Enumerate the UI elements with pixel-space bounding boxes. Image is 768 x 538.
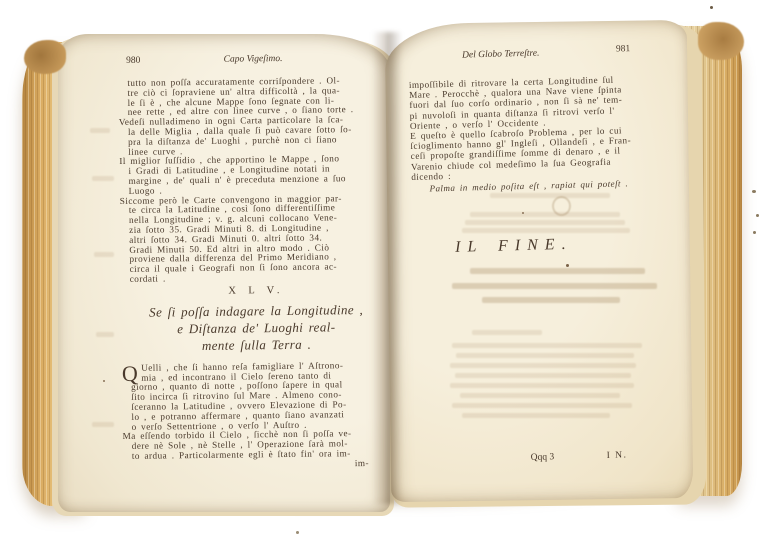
drop-cap: Q xyxy=(122,363,142,381)
body-paragraph: tutto non poſſa accuratamente corriſpond… xyxy=(118,76,388,118)
foxing-spot xyxy=(752,190,756,193)
catchword: I N. xyxy=(607,450,628,461)
body-paragraph: Il miglior ſuſſidio , che apportino le M… xyxy=(119,154,389,196)
foxing-spot xyxy=(103,380,105,382)
bleedthrough xyxy=(455,373,631,378)
bleedthrough xyxy=(450,383,634,388)
body-paragraph: Q Uelli , che ſi hanno reſa famigliare l… xyxy=(122,360,393,432)
bleedthrough xyxy=(92,422,114,427)
foxing-spot xyxy=(566,264,569,267)
running-title: Del Globo Terreſtre. xyxy=(462,49,540,61)
body-paragraph: Vedeſi nulladimeno in ogni Carta partico… xyxy=(119,115,389,157)
bleedthrough xyxy=(490,193,610,198)
signature-mark: Qqq 3 xyxy=(531,452,555,463)
paragraph-lines: Uelli , che ſi hanno reſa famigliare l' … xyxy=(122,360,393,432)
bleedthrough xyxy=(462,413,610,418)
bleedthrough xyxy=(90,128,110,133)
left-page-text: 980 Capo Vigeſimo. tutto non poſſa accur… xyxy=(118,53,393,472)
section-title: Se ſi poſſa indagare la Longitudine ,e D… xyxy=(121,300,392,356)
body-paragraph: Siccome però le Carte convengono in magg… xyxy=(120,193,391,284)
text-line: cordati . xyxy=(121,272,391,285)
bleedthrough xyxy=(470,212,620,217)
bleedthrough xyxy=(472,330,542,335)
foxing-spot xyxy=(296,531,299,534)
text-line: mente ſulla Terra . xyxy=(121,335,391,356)
top-left-corner-fold xyxy=(24,40,66,74)
finis-title: IL FINE. xyxy=(413,237,675,254)
left-page-header: 980 Capo Vigeſimo. xyxy=(118,53,388,70)
right-page-footer: Qqq 3 I N. xyxy=(419,449,681,456)
body-paragraph: E queſto è quello ſcabroſo Problema , pe… xyxy=(410,124,673,182)
bleedthrough xyxy=(470,268,645,274)
bleedthrough xyxy=(460,393,620,398)
text-line: Se ſi poſſa indagare la Longitudine , xyxy=(121,300,391,321)
page-number: 981 xyxy=(616,44,631,54)
running-title: Capo Vigeſimo. xyxy=(224,54,283,65)
bleedthrough xyxy=(462,228,630,233)
right-page-body: impoſſibile di ritrovare la certa Longit… xyxy=(409,73,675,254)
book-photo: 980 Capo Vigeſimo. tutto non poſſa accur… xyxy=(0,0,768,538)
body-paragraph: impoſſibile di ritrovare la certa Longit… xyxy=(409,73,672,131)
foxing-spot xyxy=(522,212,524,214)
bleedthrough xyxy=(452,283,657,289)
bleedthrough xyxy=(452,343,642,348)
page-number: 980 xyxy=(126,56,140,66)
body-paragraph: Ma eſſendo torbido il Cielo , ſicchè non… xyxy=(123,429,393,462)
bleedthrough xyxy=(452,403,632,408)
left-page-body: tutto non poſſa accuratamente corriſpond… xyxy=(118,76,393,472)
section-number: X L V. xyxy=(121,284,391,297)
bleedthrough xyxy=(482,297,620,303)
foxing-spot xyxy=(753,231,756,234)
bleedthrough xyxy=(96,332,114,337)
foxing-spot xyxy=(710,6,713,9)
bleedthrough xyxy=(450,363,636,368)
bleedthrough xyxy=(465,220,625,225)
foxing-spot xyxy=(756,214,759,217)
bleedthrough xyxy=(456,353,634,358)
bleedthrough xyxy=(94,252,114,257)
top-right-corner-fold xyxy=(698,22,744,60)
bleedthrough xyxy=(92,176,114,181)
